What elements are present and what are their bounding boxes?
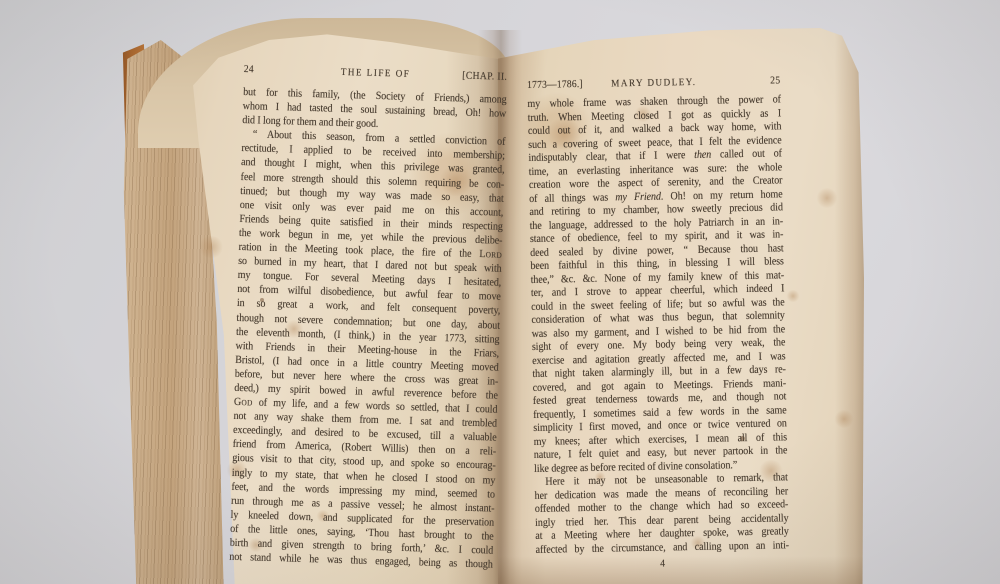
page-number: 24 (244, 64, 341, 78)
foxing-spot (198, 236, 224, 258)
date-range-label: 1773—1786.] (527, 78, 611, 91)
foxing-spot (816, 188, 838, 208)
left-page-body: but for this family, (the Society of Fri… (229, 85, 507, 572)
right-page-body: my whole frame was shaken through the po… (527, 93, 789, 557)
right-page-text: 1773—1786.] MARY DUDLEY. 25 my whole fra… (527, 75, 789, 572)
page-number: 25 (696, 75, 780, 88)
running-title: MARY DUDLEY. (611, 77, 696, 90)
left-page-text: 24 THE LIFE OF [CHAP. II. but for this f… (229, 64, 507, 572)
foxing-spot (834, 410, 854, 428)
running-title: THE LIFE OF (341, 67, 411, 80)
chapter-label: [CHAP. II. (410, 69, 507, 83)
foxing-spot (786, 290, 800, 302)
